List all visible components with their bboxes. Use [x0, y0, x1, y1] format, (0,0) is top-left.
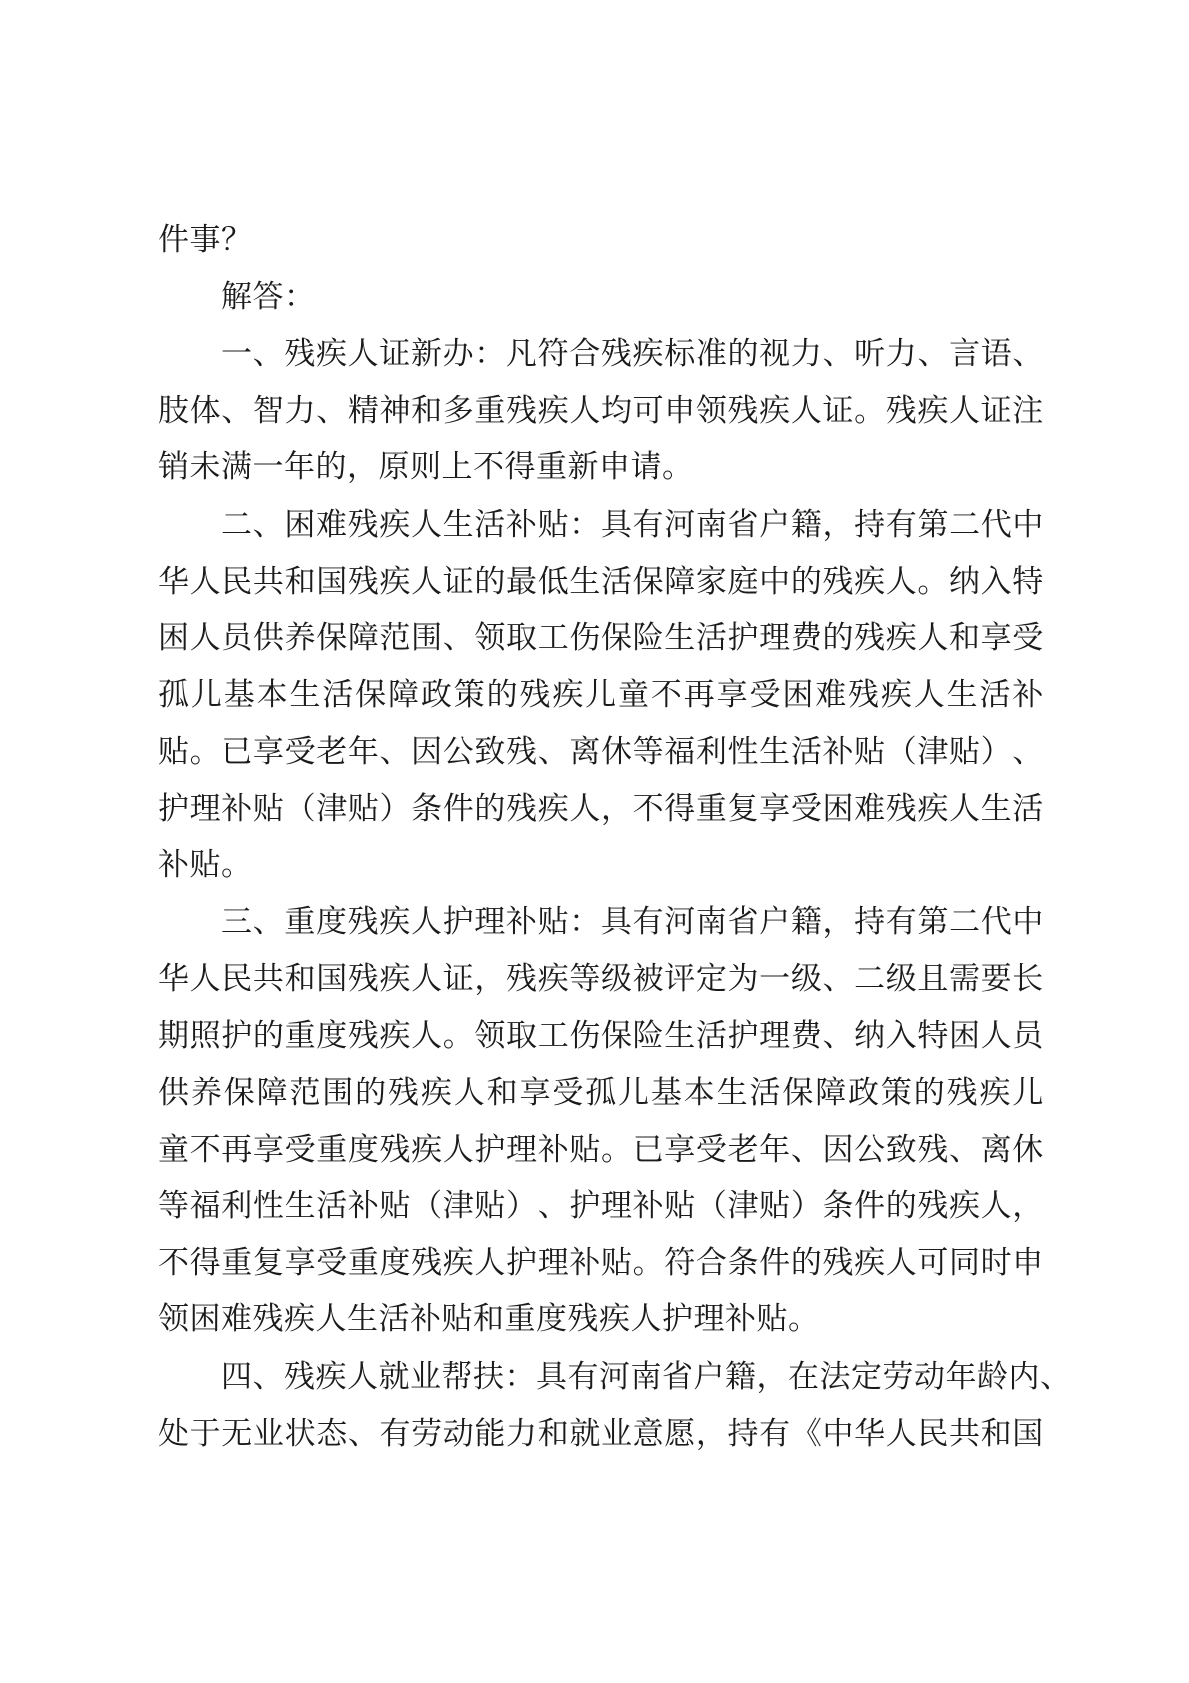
document-page: 件事？解答：一、残疾人证新办：凡符合残疾标准的视力、听力、言语、肢体、智力、精神…: [0, 0, 1189, 1683]
text-line: 三、重度残疾人护理补贴：具有河南省户籍，持有第二代中: [158, 894, 1044, 951]
text-line: 供养保障范围的残疾人和享受孤儿基本生活保障政策的残疾儿: [158, 1064, 1044, 1121]
document-body: 件事？解答：一、残疾人证新办：凡符合残疾标准的视力、听力、言语、肢体、智力、精神…: [158, 212, 1044, 1462]
text-line: 领困难残疾人生活补贴和重度残疾人护理补贴。: [158, 1291, 1044, 1348]
text-line: 不得重复享受重度残疾人护理补贴。符合条件的残疾人可同时申: [158, 1234, 1044, 1291]
text-line: 华人民共和国残疾人证，残疾等级被评定为一级、二级且需要长: [158, 950, 1044, 1007]
text-line: 童不再享受重度残疾人护理补贴。已享受老年、因公致残、离休: [158, 1121, 1044, 1178]
text-line: 孤儿基本生活保障政策的残疾儿童不再享受困难残疾人生活补: [158, 666, 1044, 723]
text-line: 件事？: [158, 212, 1044, 269]
text-line: 华人民共和国残疾人证的最低生活保障家庭中的残疾人。纳入特: [158, 553, 1044, 610]
text-line: 期照护的重度残疾人。领取工伤保险生活护理费、纳入特困人员: [158, 1007, 1044, 1064]
text-line: 贴。已享受老年、因公致残、离休等福利性生活补贴（津贴）、: [158, 723, 1044, 780]
text-line: 一、残疾人证新办：凡符合残疾标准的视力、听力、言语、: [158, 326, 1044, 383]
text-line: 销未满一年的，原则上不得重新申请。: [158, 439, 1044, 496]
text-line: 肢体、智力、精神和多重残疾人均可申领残疾人证。残疾人证注: [158, 382, 1044, 439]
text-line: 等福利性生活补贴（津贴）、护理补贴（津贴）条件的残疾人，: [158, 1178, 1044, 1235]
text-line: 补贴。: [158, 837, 1044, 894]
text-line: 解答：: [158, 269, 1044, 326]
text-line: 护理补贴（津贴）条件的残疾人，不得重复享受困难残疾人生活: [158, 780, 1044, 837]
text-line: 二、困难残疾人生活补贴：具有河南省户籍，持有第二代中: [158, 496, 1044, 553]
text-line: 四、残疾人就业帮扶：具有河南省户籍，在法定劳动年龄内、: [158, 1348, 1044, 1405]
text-line: 处于无业状态、有劳动能力和就业意愿，持有《中华人民共和国: [158, 1405, 1044, 1462]
text-line: 困人员供养保障范围、领取工伤保险生活护理费的残疾人和享受: [158, 610, 1044, 667]
